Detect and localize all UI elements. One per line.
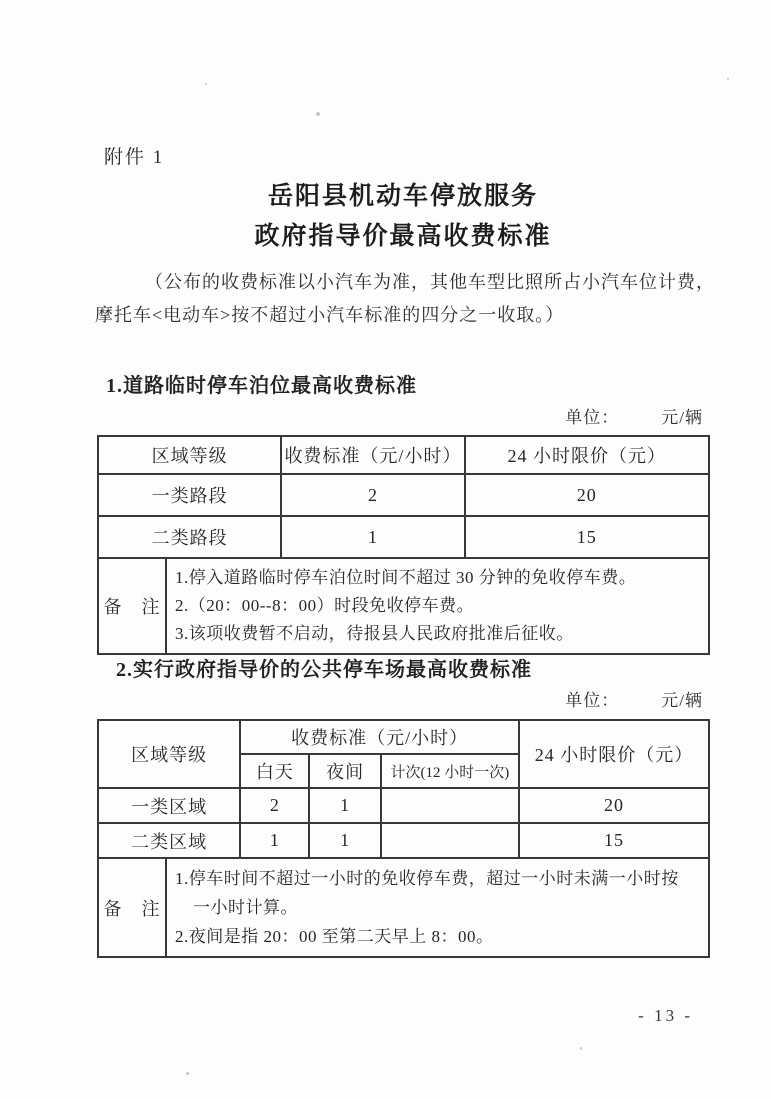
- attachment-label: 附件 1: [104, 142, 164, 169]
- unit-value: 元/辆: [661, 686, 703, 711]
- road-parking-fee-table: 区域等级 收费标准（元/小时） 24 小时限价（元） 一类路段 2 20 二类路…: [97, 435, 710, 655]
- section1-unit-line: 单位：元/辆: [95, 403, 703, 428]
- scanned-document-page: { "page": { "attachment_label": "附件 1", …: [0, 0, 771, 1099]
- remark-label: 备 注: [99, 559, 167, 653]
- document-title-line2: 政府指导价最高收费标准: [95, 217, 711, 257]
- header-24h-cap: 24 小时限价（元）: [519, 720, 709, 788]
- scan-artifact: [205, 83, 207, 85]
- scan-artifact: [186, 1072, 189, 1075]
- unit-label: 单位：: [565, 408, 619, 427]
- intro-note-line2: 摩托车<电动车>按不超过小汽车标准的四分之一收取。）: [95, 299, 717, 332]
- header-24h-cap: 24 小时限价（元）: [465, 436, 709, 474]
- section1-heading: 1.道路临时停车泊位最高收费标准: [106, 369, 417, 398]
- section2-unit-line: 单位：元/辆: [95, 686, 703, 711]
- scan-artifact: [727, 78, 729, 80]
- remark-line: 1.停入道路临时停车泊位时间不超过 30 分钟的免收停车费。: [175, 564, 702, 592]
- cell-cap: 20: [465, 474, 709, 516]
- header-area-grade: 区域等级: [98, 436, 281, 474]
- cell-night: 1: [309, 823, 380, 858]
- remark-notes: 1.停入道路临时停车泊位时间不超过 30 分钟的免收停车费。 2.（20：00-…: [167, 559, 708, 653]
- table-row: 二类路段 1 15: [98, 516, 709, 558]
- remark-notes: 1.停车时间不超过一小时的免收停车费，超过一小时未满一小时按 一小时计算。 2.…: [167, 859, 708, 956]
- header-night: 夜间: [309, 754, 380, 788]
- cell-area: 二类区域: [98, 823, 240, 858]
- page-number: - 13 -: [638, 1006, 693, 1026]
- table-header-row1: 区域等级 收费标准（元/小时） 24 小时限价（元）: [98, 720, 709, 754]
- unit-label: 单位：: [565, 691, 619, 710]
- remark-line: 2.夜间是指 20：00 至第二天早上 8：00。: [175, 922, 702, 951]
- remark-line: 2.（20：00--8：00）时段免收停车费。: [175, 592, 702, 620]
- document-title-line1: 岳阳县机动车停放服务: [95, 177, 711, 217]
- remark-cell: 备 注 1.停入道路临时停车泊位时间不超过 30 分钟的免收停车费。 2.（20…: [98, 558, 709, 654]
- remark-row: 备 注 1.停车时间不超过一小时的免收停车费，超过一小时未满一小时按 一小时计算…: [98, 858, 709, 957]
- table-row: 一类区域 2 1 20: [98, 788, 709, 823]
- cell-cap: 15: [465, 516, 709, 558]
- remark-row: 备 注 1.停入道路临时停车泊位时间不超过 30 分钟的免收停车费。 2.（20…: [98, 558, 709, 654]
- intro-note: （公布的收费标准以小汽车为准，其他车型比照所占小汽车位计费， 摩托车<电动车>按…: [95, 266, 717, 332]
- cell-day: 1: [240, 823, 309, 858]
- remark-line: 1.停车时间不超过一小时的免收停车费，超过一小时未满一小时按: [175, 864, 702, 893]
- cell-fee: 1: [281, 516, 464, 558]
- remark-line: 3.该项收费暂不启动，待报县人民政府批准后征收。: [175, 620, 702, 648]
- remark-cell: 备 注 1.停车时间不超过一小时的免收停车费，超过一小时未满一小时按 一小时计算…: [98, 858, 709, 957]
- cell-per-use: [381, 788, 519, 823]
- cell-per-use: [381, 823, 519, 858]
- remark-wrap: 备 注 1.停车时间不超过一小时的免收停车费，超过一小时未满一小时按 一小时计算…: [99, 859, 708, 956]
- remark-line: 一小时计算。: [175, 893, 702, 922]
- table-header-row: 区域等级 收费标准（元/小时） 24 小时限价（元）: [98, 436, 709, 474]
- header-per-use: 计次(12 小时一次): [381, 754, 519, 788]
- table-row: 二类区域 1 1 15: [98, 823, 709, 858]
- section2-heading: 2.实行政府指导价的公共停车场最高收费标准: [116, 653, 532, 682]
- cell-night: 1: [309, 788, 380, 823]
- remark-wrap: 备 注 1.停入道路临时停车泊位时间不超过 30 分钟的免收停车费。 2.（20…: [99, 559, 708, 653]
- cell-area: 一类路段: [98, 474, 281, 516]
- cell-fee: 2: [281, 474, 464, 516]
- unit-value: 元/辆: [661, 403, 703, 428]
- header-fee-standard-group: 收费标准（元/小时）: [240, 720, 519, 754]
- cell-cap: 15: [519, 823, 709, 858]
- cell-day: 2: [240, 788, 309, 823]
- scan-artifact: [316, 112, 320, 116]
- header-fee-standard: 收费标准（元/小时）: [281, 436, 464, 474]
- intro-note-line1: （公布的收费标准以小汽车为准，其他车型比照所占小汽车位计费，: [95, 266, 717, 299]
- table-row: 一类路段 2 20: [98, 474, 709, 516]
- document-title: 岳阳县机动车停放服务 政府指导价最高收费标准: [95, 177, 711, 257]
- scan-artifact: [580, 1047, 582, 1050]
- remark-label: 备 注: [99, 859, 167, 956]
- header-daytime: 白天: [240, 754, 309, 788]
- header-area-grade: 区域等级: [98, 720, 240, 788]
- public-parking-fee-table: 区域等级 收费标准（元/小时） 24 小时限价（元） 白天 夜间 计次(12 小…: [97, 719, 710, 958]
- cell-area: 一类区域: [98, 788, 240, 823]
- cell-area: 二类路段: [98, 516, 281, 558]
- cell-cap: 20: [519, 788, 709, 823]
